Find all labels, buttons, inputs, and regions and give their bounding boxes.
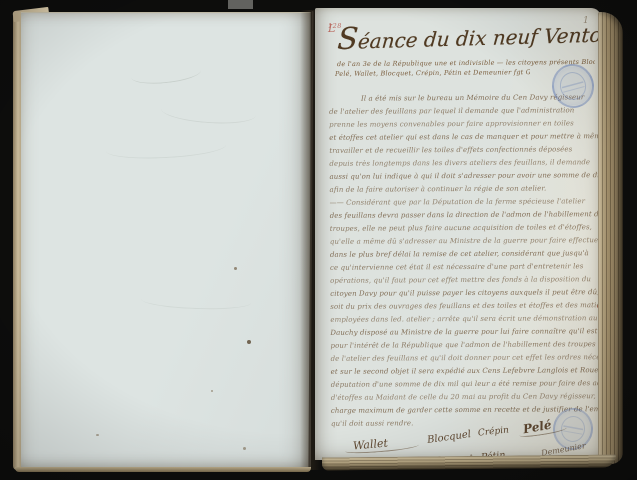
right-page-manuscript: L128 1 Séance du dix neuf Ventose de l'a… xyxy=(315,8,601,460)
paper-stain xyxy=(234,267,237,270)
ink-bleedthrough-mark xyxy=(130,61,201,86)
session-subtitle-line1: de l'an 3e de la République une et indiv… xyxy=(337,58,595,68)
paper-stain xyxy=(243,447,246,450)
session-heading: Séance du dix neuf Ventose xyxy=(336,15,601,57)
paper-stain xyxy=(211,390,213,392)
paper-stain xyxy=(247,340,251,344)
manuscript-book-scan: L128 1 Séance du dix neuf Ventose de l'a… xyxy=(0,0,637,480)
left-page-blank xyxy=(21,12,311,468)
ink-bleedthrough-mark xyxy=(141,291,251,311)
page-fore-edge xyxy=(598,12,623,464)
paper-stain xyxy=(96,434,99,436)
session-subtitle-line2: Pelé, Wallet, Blocquet, Crépin, Pétin et… xyxy=(335,68,530,78)
ink-bleedthrough-mark xyxy=(106,135,227,161)
page-bottom-edge-right xyxy=(322,454,616,470)
ink-bleedthrough-mark xyxy=(160,98,256,127)
page-bottom-edge-left xyxy=(15,467,311,472)
manuscript-body-text: Il a été mis sur le bureau un Mémoire du… xyxy=(329,91,601,438)
scanner-backdrop-gap xyxy=(228,0,253,9)
